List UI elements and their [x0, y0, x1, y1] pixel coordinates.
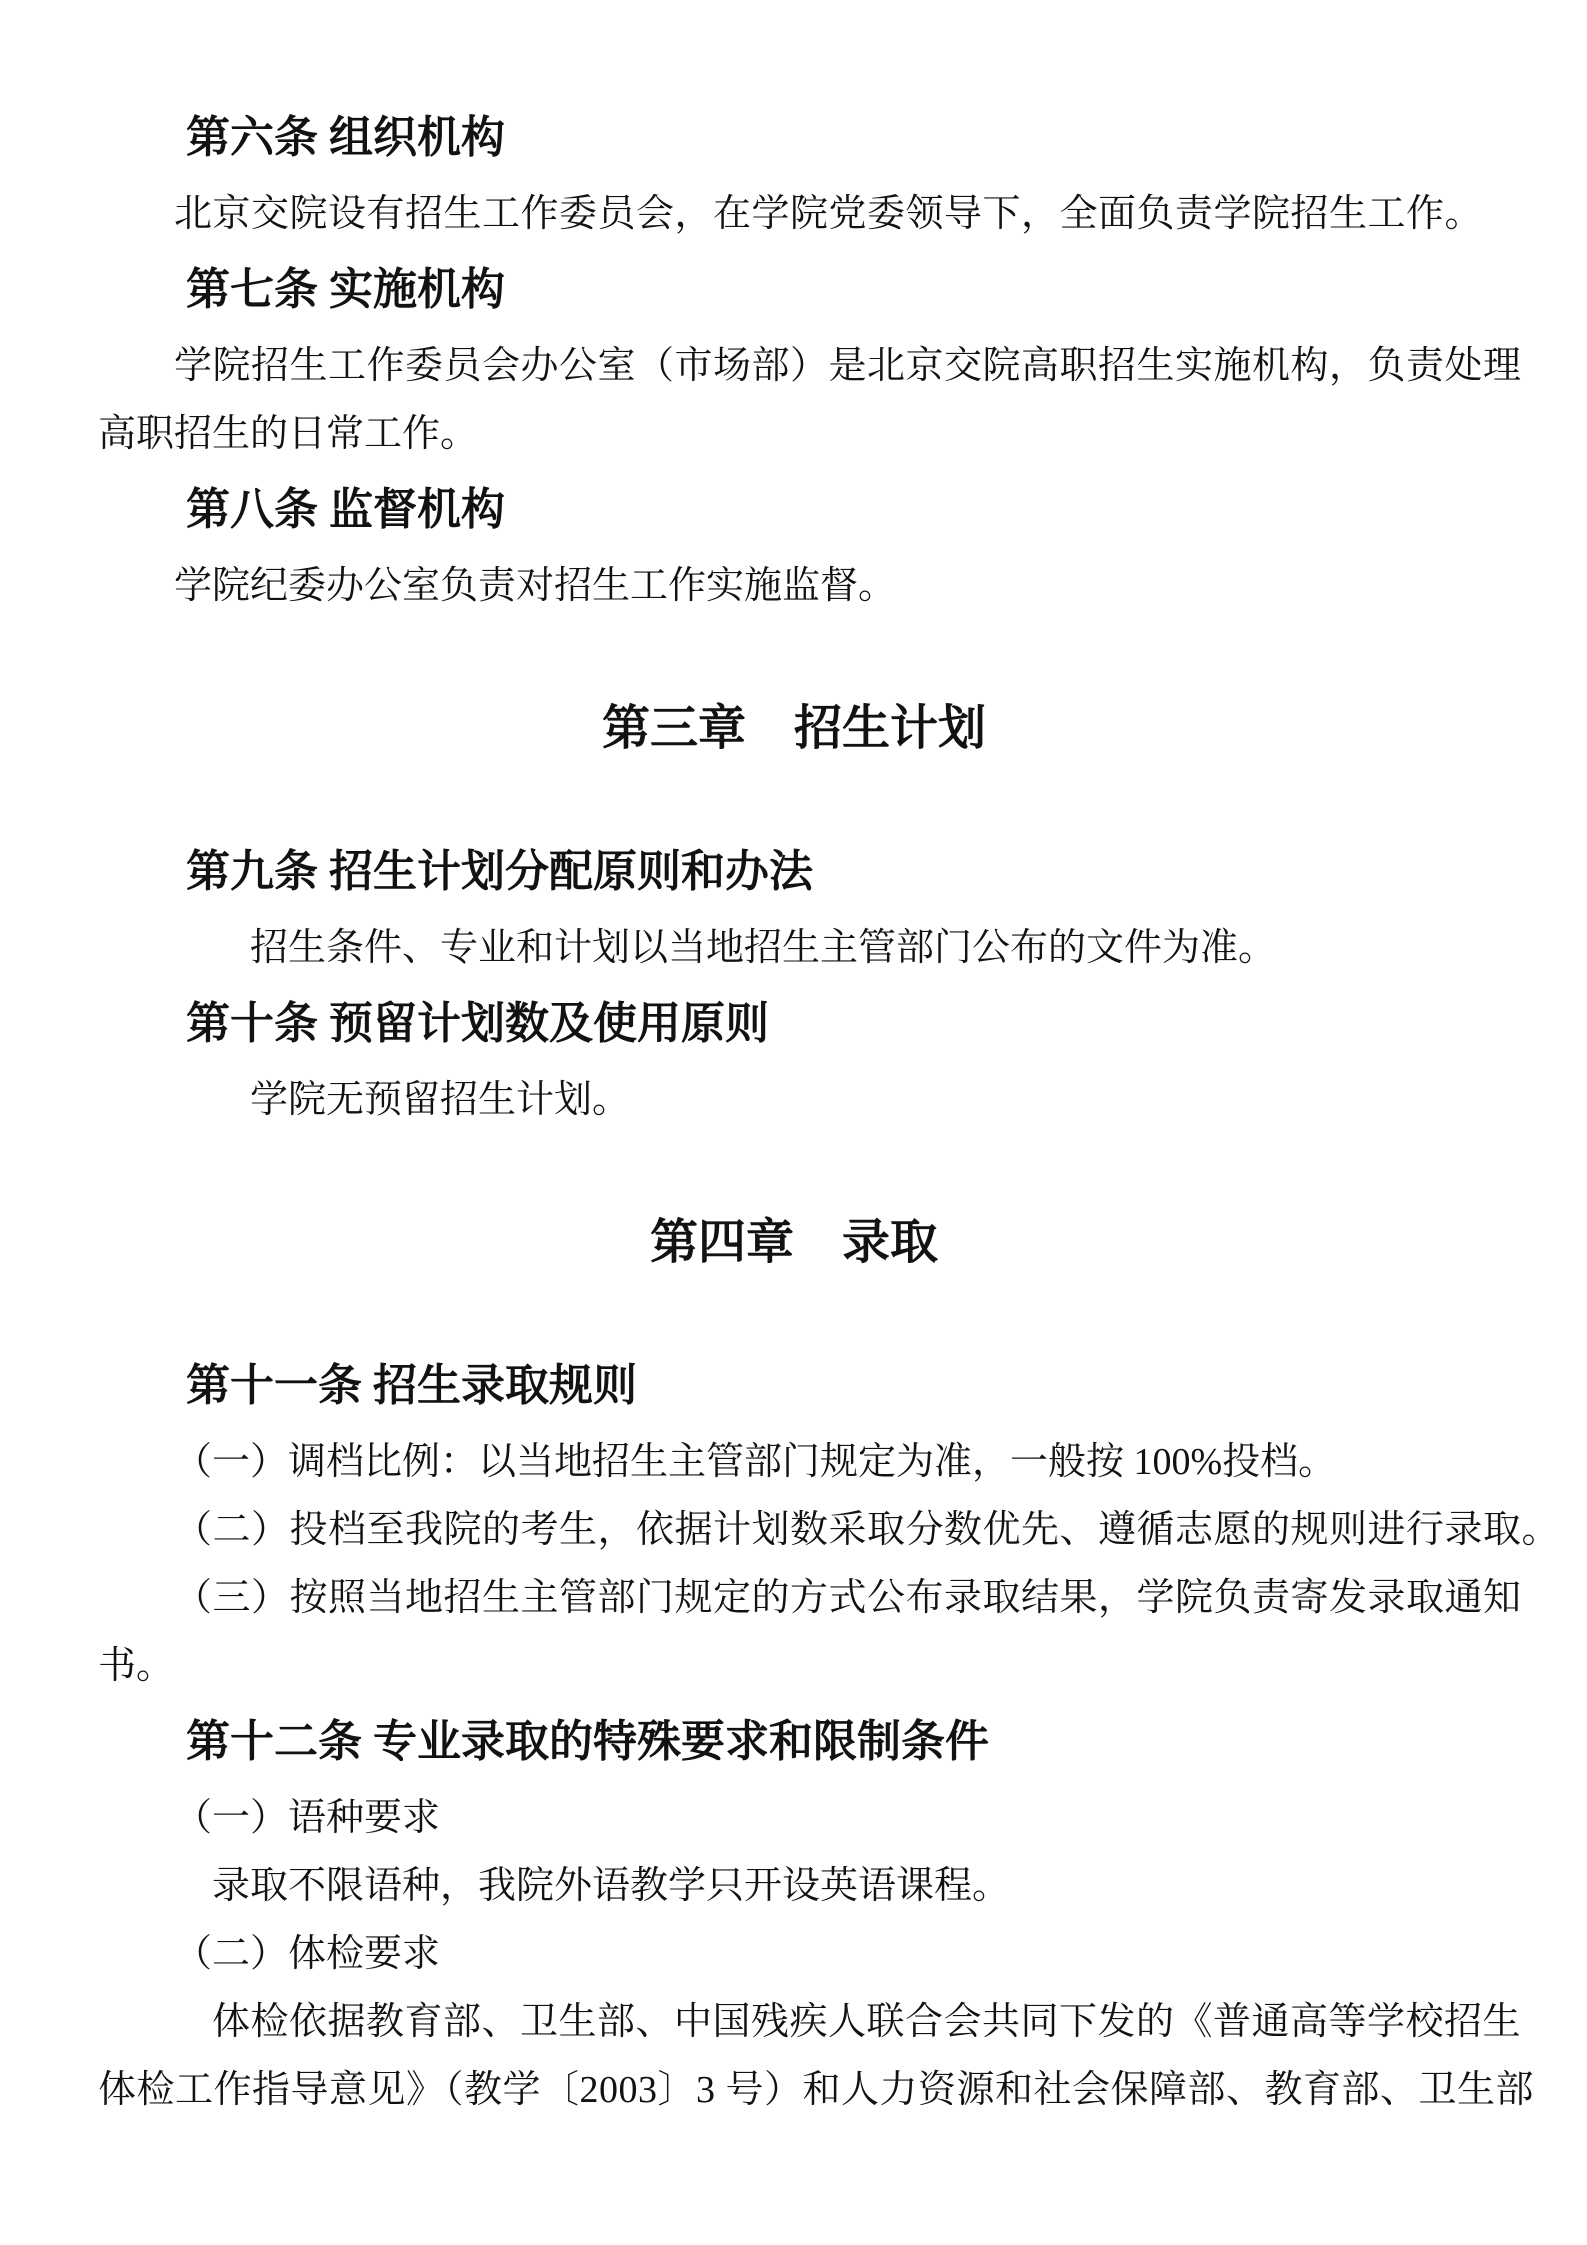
body-line: 学院招生工作委员会办公室（市场部）是北京交院高职招生实施机构，负责处理	[98, 332, 1490, 400]
body-line: （三）按照当地招生主管部门规定的方式公布录取结果，学院负责寄发录取通知	[98, 1564, 1490, 1632]
chapter-heading-4: 第四章 录取	[98, 1198, 1490, 1288]
body-line: （二）体检要求	[98, 1920, 1490, 1988]
body-line: 体检工作指导意见》（教学〔2003〕3 号）和人力资源和社会保障部、教育部、卫生…	[98, 2056, 1490, 2124]
body-line: 书。	[98, 1632, 1490, 1700]
body-line: （一）调档比例：以当地招生主管部门规定为准，一般按 100%投档。	[98, 1428, 1490, 1496]
chapter-heading-3: 第三章 招生计划	[98, 684, 1490, 774]
body-line: 体检依据教育部、卫生部、中国残疾人联合会共同下发的《普通高等学校招生	[98, 1988, 1490, 2056]
article-heading-9: 第九条 招生计划分配原则和办法	[98, 830, 1490, 914]
body-line: 录取不限语种，我院外语教学只开设英语课程。	[98, 1852, 1490, 1920]
article-heading-12: 第十二条 专业录取的特殊要求和限制条件	[98, 1700, 1490, 1784]
article-heading-7: 第七条 实施机构	[98, 248, 1490, 332]
body-line: 北京交院设有招生工作委员会，在学院党委领导下，全面负责学院招生工作。	[98, 180, 1490, 248]
body-line: （二）投档至我院的考生，依据计划数采取分数优先、遵循志愿的规则进行录取。	[98, 1496, 1490, 1564]
body-line: 招生条件、专业和计划以当地招生主管部门公布的文件为准。	[98, 914, 1490, 982]
article-heading-11: 第十一条 招生录取规则	[98, 1344, 1490, 1428]
body-line: 学院无预留招生计划。	[98, 1066, 1490, 1134]
document-page: 第六条 组织机构北京交院设有招生工作委员会，在学院党委领导下，全面负责学院招生工…	[0, 0, 1587, 2245]
document-body: 第六条 组织机构北京交院设有招生工作委员会，在学院党委领导下，全面负责学院招生工…	[0, 0, 1550, 2124]
body-line: （一）语种要求	[98, 1784, 1490, 1852]
article-heading-10: 第十条 预留计划数及使用原则	[98, 982, 1490, 1066]
article-heading-6: 第六条 组织机构	[98, 96, 1490, 180]
body-line: 学院纪委办公室负责对招生工作实施监督。	[98, 552, 1490, 620]
article-heading-8: 第八条 监督机构	[98, 468, 1490, 552]
body-line: 高职招生的日常工作。	[98, 400, 1490, 468]
